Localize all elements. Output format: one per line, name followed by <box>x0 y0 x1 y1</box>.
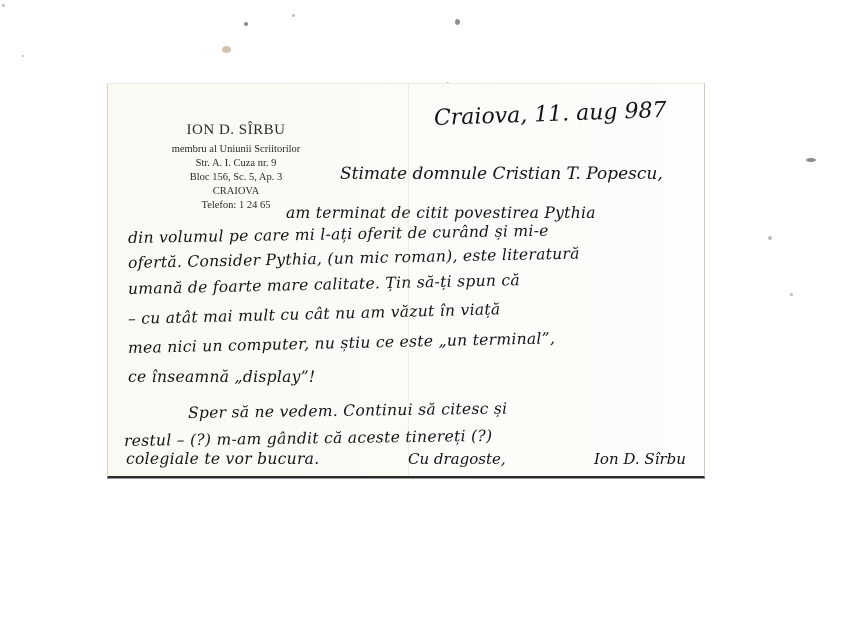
place-date: Craiova, 11. aug 987 <box>434 98 667 131</box>
scan-speck <box>806 158 816 162</box>
letter-line: umană de foarte mare calitate. Țin să-ți… <box>128 271 520 298</box>
letter-line: mea nici un computer, nu știu ce este „u… <box>128 329 556 357</box>
letterhead: ION D. SÎRBU membru al Uniunii Scriitori… <box>136 122 336 213</box>
letter-line: colegiale te vor bucura. <box>126 450 319 468</box>
scan-speck <box>22 55 24 57</box>
letter-card: ION D. SÎRBU membru al Uniunii Scriitori… <box>107 83 705 478</box>
scan-speck <box>790 293 793 296</box>
scan-speck <box>292 14 295 17</box>
letterhead-street: Str. A. I. Cuza nr. 9 <box>136 157 336 171</box>
scan-speck <box>222 46 231 53</box>
letter-line: Sper să ne vedem. Continui să citesc și <box>188 400 508 422</box>
signature: Ion D. Sîrbu <box>594 450 686 468</box>
letter-line: restul – (?) m-am gândit că aceste tiner… <box>124 427 493 450</box>
letter-line: – cu atât mai mult cu cât nu am văzut în… <box>128 300 501 328</box>
letter-line: din volumul pe care mi l-ați oferit de c… <box>128 222 549 247</box>
salutation: Stimate domnule Cristian T. Popescu, <box>340 164 663 184</box>
letterhead-affiliation: membru al Uniunii Scriitorilor <box>136 143 336 157</box>
scan-speck <box>455 19 460 25</box>
letterhead-city: CRAIOVA <box>136 185 336 199</box>
scan-speck <box>768 236 772 240</box>
letterhead-building: Bloc 156, Sc. 5, Ap. 3 <box>136 171 336 185</box>
letterhead-name: ION D. SÎRBU <box>136 122 336 139</box>
letter-line: ofertă. Consider Pythia, (un mic roman),… <box>128 245 580 272</box>
scan-speck <box>244 22 248 26</box>
closing: Cu dragoste, <box>408 450 506 468</box>
letter-line: ce înseamnă „display”! <box>128 368 315 386</box>
letter-line: am terminat de citit povestirea Pythia <box>286 204 596 222</box>
scan-speck <box>2 4 5 7</box>
